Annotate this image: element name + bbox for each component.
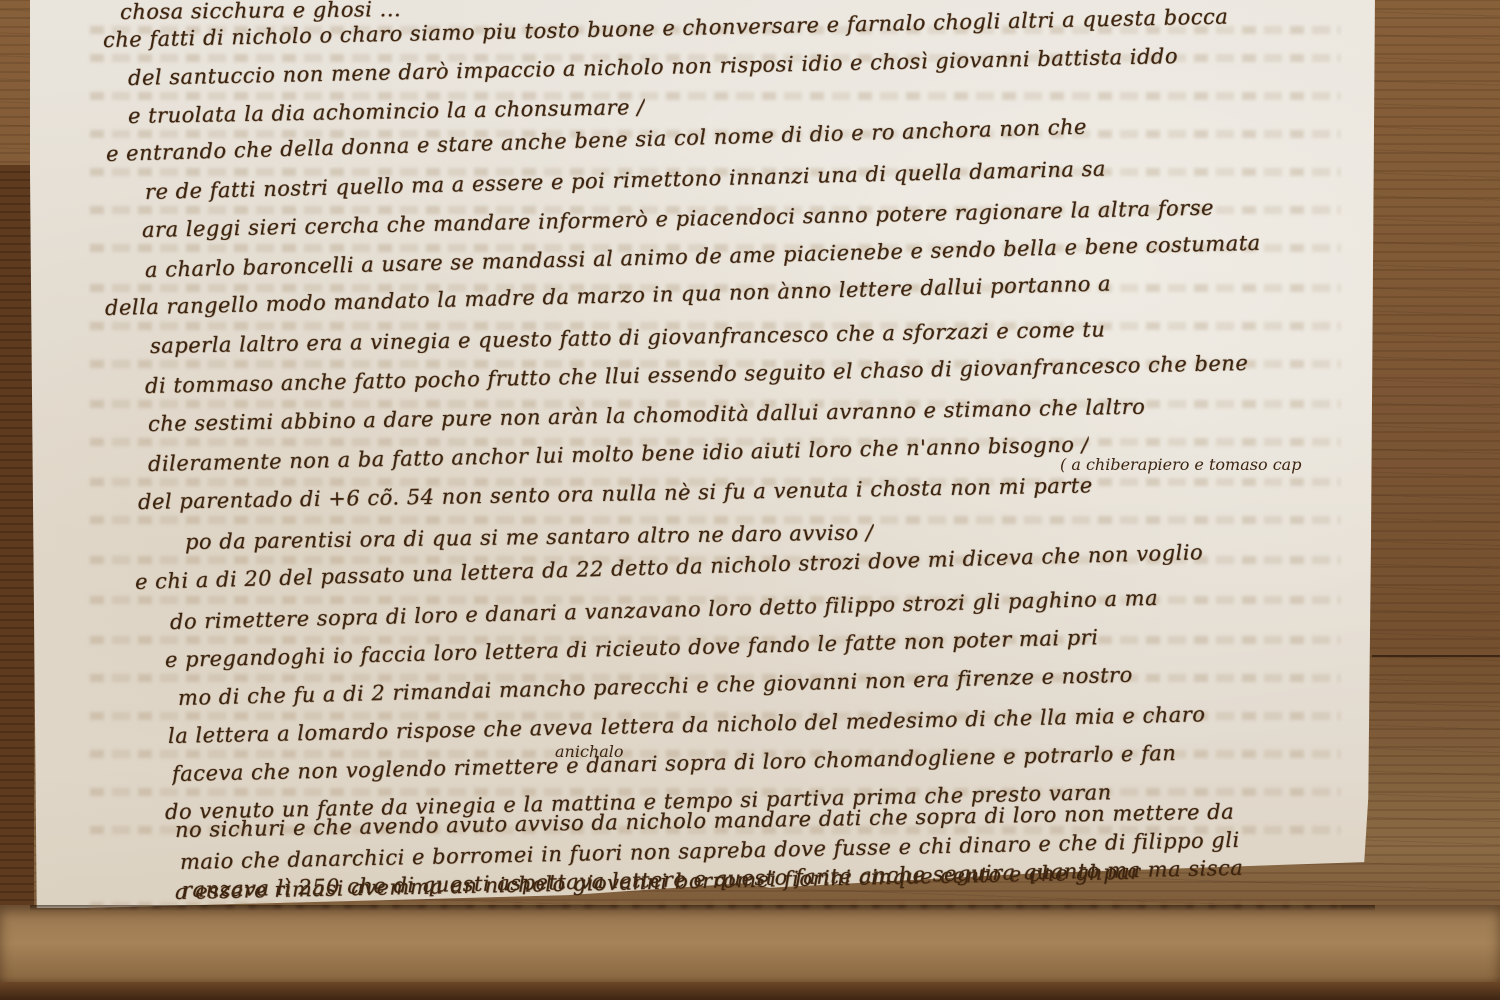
- bleed-through-line: [90, 902, 1340, 910]
- marginal-note: ( a chiberapiero e tomaso cap: [1060, 455, 1301, 474]
- shelf-front-edge: [0, 982, 1500, 1000]
- manuscript-line: chosa sicchura e ghosi ...: [120, 0, 401, 24]
- wood-seam: [1372, 655, 1500, 657]
- wooden-edge-left: [0, 165, 34, 925]
- marginal-note: anichalo: [555, 742, 624, 761]
- bleed-through-line: [90, 92, 1340, 100]
